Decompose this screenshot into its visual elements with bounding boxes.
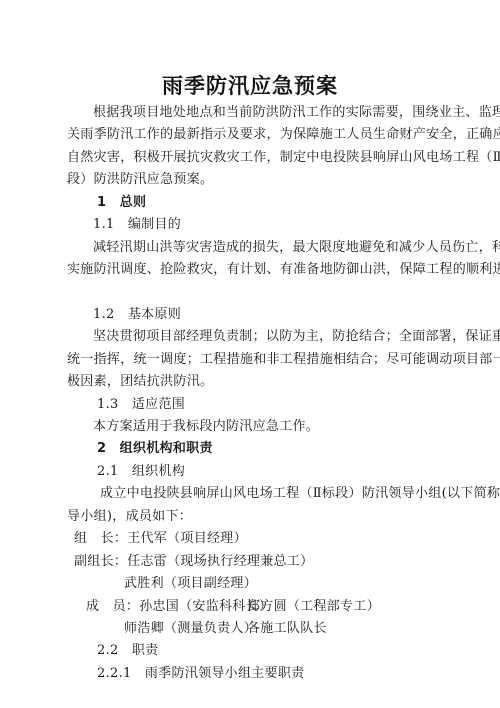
section-1-1-line-1: 减轻汛期山洪等灾害造成的损失，最大限度地避免和减少人员伤亡，科学: [93, 240, 500, 256]
member-2b: 各施工队队长: [247, 621, 327, 637]
member-1a: 成 员：孙忠国（安监科科长）: [86, 599, 272, 615]
section-2-2-heading: 2.2 职责: [97, 643, 158, 659]
member-deputy-2: 武胜利（项目副经理）: [124, 576, 257, 592]
intro-line-1: 根据我项目地处地点和当前防洪防汛工作的实际需要，围绕业主、监理有: [93, 105, 500, 121]
member-deputy-1: 副组长：任志雷（现场执行经理兼总工）: [74, 554, 313, 570]
intro-line-3: 自然灾害，积极开展抗灾救灾工作，制定中电投陕县响屏山风电场工程（Ⅱ标: [67, 150, 500, 166]
intro-line-2: 关雨季防汛工作的最新指示及要求，为保障施工人员生命财产安全，正确应对: [67, 127, 500, 143]
section-1-heading: 1 总则: [97, 195, 146, 211]
section-1-2-heading: 1.2 基本原则: [93, 307, 181, 323]
section-1-2-line-2: 统一指挥，统一调度；工程措施和非工程措施相结合；尽可能调动项目部一切积: [67, 352, 500, 368]
member-1b: 郑方圆（工程部专工）: [247, 599, 380, 615]
section-2-heading: 2 组织机构和职责: [97, 441, 213, 457]
section-1-3-line-1: 本方案适用于我标段内防汛应急工作。: [93, 419, 319, 435]
section-1-2-line-1: 坚决贯彻项目部经理负责制；以防为主，防抢结合；全面部署，保证重点；: [93, 329, 500, 345]
section-2-1-heading: 2.1 组织机构: [97, 464, 185, 480]
section-2-1-line-2: 导小组)，成员如下：: [67, 509, 192, 525]
intro-line-4: 段）防洪防汛应急预案。: [67, 172, 213, 188]
section-1-2-line-3: 极因素，团结抗洪防汛。: [67, 374, 213, 390]
document-title: 雨季防汛应急预案: [0, 70, 500, 100]
member-2a: 师浩卿（测量负责人）: [124, 621, 257, 637]
section-1-3-heading: 1.3 适应范围: [97, 397, 185, 413]
section-2-1-line-1: 成立中电投陕县响屏山风电场工程（Ⅱ标段）防汛领导小组(以下简称领: [100, 486, 500, 502]
section-2-2-1-heading: 2.2.1 雨季防汛领导小组主要职责: [97, 666, 304, 682]
member-leader: 组 长：王代军（项目经理）: [74, 531, 247, 547]
section-1-1-heading: 1.1 编制目的: [93, 217, 181, 233]
section-1-1-line-2: 实施防汛调度、抢险救灾，有计划、有准备地防御山洪，保障工程的顺利进行。: [67, 262, 500, 278]
